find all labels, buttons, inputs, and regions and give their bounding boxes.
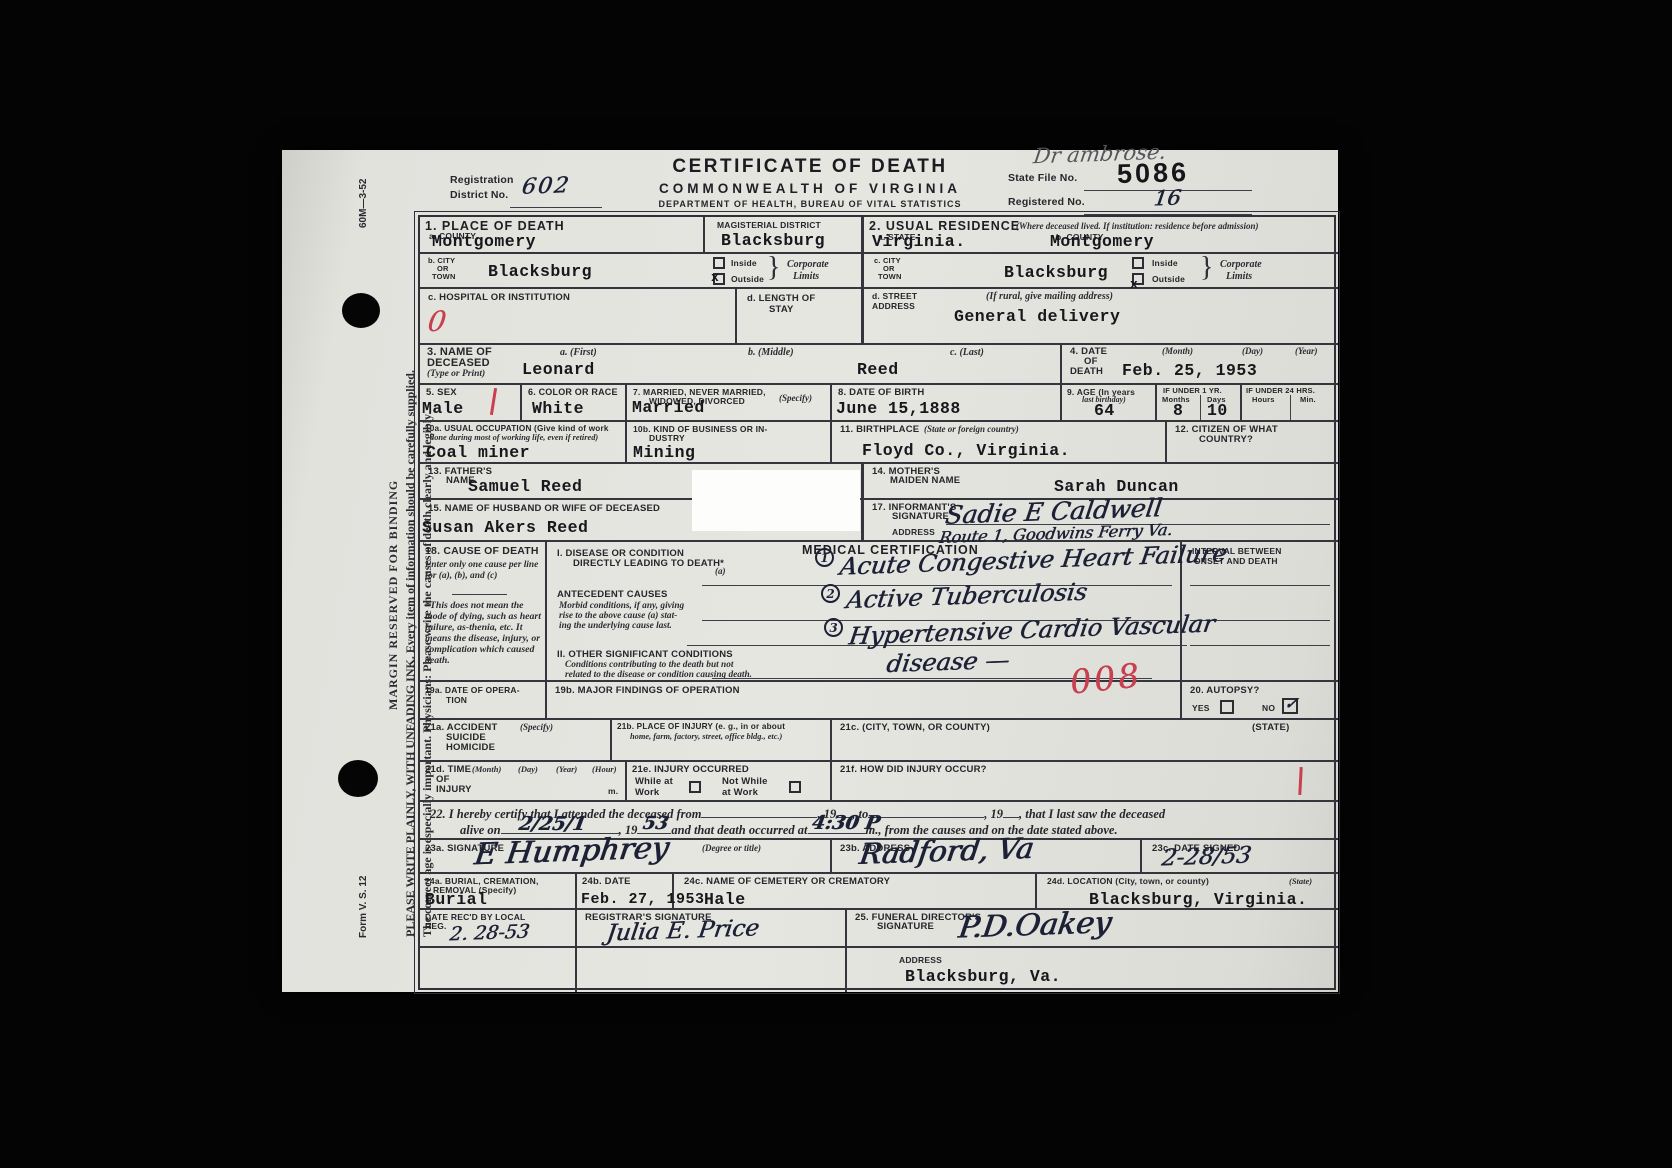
cell-autopsy: 20. AUTOPSY? YES NO ✓ <box>1182 682 1338 718</box>
corporate-label-2: Corporate <box>1220 259 1262 270</box>
print-code: 60M—3-52 <box>358 150 369 228</box>
street-label-1: d. STREET <box>872 291 917 301</box>
cell-how-injury: 21f. HOW DID INJURY OCCUR? <box>832 762 1338 800</box>
cell-magisterial: MAGISTERIAL DISTRICT Blacksburg <box>705 217 864 252</box>
certify-text-3: and that death occurred at <box>671 823 807 837</box>
months-value: 8 <box>1173 401 1183 420</box>
cause-a-label: (a) <box>715 566 726 576</box>
cell-burial-date: 24b. DATE Feb. 27, 1953 <box>577 874 674 908</box>
morbid-text-3: ing the underlying cause last. <box>559 621 672 631</box>
location-value: Blacksburg, Virginia. <box>1089 890 1307 909</box>
dod-label-3: DEATH <box>1070 366 1103 377</box>
accident-note: (Specify) <box>520 722 553 732</box>
blank-time: 4:30 P <box>808 821 866 834</box>
dod-day-label: (Day) <box>1242 346 1263 356</box>
min-label: Min. <box>1300 395 1316 404</box>
outside-label-1: Outside <box>731 274 764 284</box>
time-day-label: (Day) <box>518 764 538 774</box>
cell-birthplace: 11. BIRTHPLACE (State or foreign country… <box>832 422 1167 462</box>
cause-circle-3: 3 <box>824 618 843 637</box>
informant-label-3: ADDRESS <box>892 527 935 537</box>
hours-min-divider <box>1290 395 1291 420</box>
funeral-address-label: ADDRESS <box>899 955 942 965</box>
punch-hole-bottom <box>338 760 378 797</box>
cell-name-of-deceased: 3. NAME OF DECEASED (Type or Print) a. (… <box>420 345 1062 383</box>
cell-usual-residence: 2. USUAL RESIDENCE (Where deceased lived… <box>864 217 1338 252</box>
age-value: 64 <box>1094 401 1115 420</box>
other-conditions-note-1: Conditions contributing to the death but… <box>565 660 733 670</box>
row-medical-certification: 18. CAUSE OF DEATH Enter only one cause … <box>420 542 1338 682</box>
cell-race: 6. COLOR OR RACE White <box>522 385 627 420</box>
occupation-label-1: 10a. USUAL OCCUPATION (Give kind of work <box>425 424 609 433</box>
row-time-of-injury: 21d. TIME (Month) (Day) (Year) (Hour) OF… <box>420 762 1338 802</box>
cell-street-address: d. STREET ADDRESS (If rural, give mailin… <box>864 289 1338 343</box>
cell-city-1: b. CITY OR TOWN Blacksburg <box>420 254 705 287</box>
time-month-label: (Month) <box>472 764 501 774</box>
cell-funeral-address: ADDRESS Blacksburg, Va. <box>847 948 1338 992</box>
cell-funeral-director: 25. FUNERAL DIRECTOR'S SIGNATURE P.D.Oak… <box>847 910 1338 946</box>
operation-date-label-2: TION <box>446 695 467 705</box>
cell-burial: 24a. BURIAL, CREMATION, REMOVAL (Specify… <box>420 874 577 908</box>
city-value-1: Blacksburg <box>488 262 592 281</box>
city2-label-3: TOWN <box>878 272 902 281</box>
interval-rule-1 <box>1190 585 1330 586</box>
district-no-line <box>510 207 602 208</box>
place-of-injury-note: home, farm, factory, street, office bldg… <box>630 732 782 741</box>
other-conditions-label: II. OTHER SIGNIFICANT CONDITIONS <box>557 649 733 660</box>
limits-label-2: Limits <box>1226 271 1252 282</box>
date-recd-value: 2. 28-53 <box>448 921 530 946</box>
cell-date-of-death: 4. DATE OF DEATH (Month) (Day) (Year) Fe… <box>1062 345 1338 383</box>
row-registrar: DATE REC'D BY LOCAL REG. 2. 28-53 REGIST… <box>420 910 1338 948</box>
row-operation-autopsy: 19a. DATE OF OPERA- TION 19b. MAJOR FIND… <box>420 682 1338 720</box>
corporate-label-1: Corporate <box>787 259 829 270</box>
registration-label: Registration <box>450 174 514 186</box>
cell-under-24hrs: IF UNDER 24 HRS. Hours Min. <box>1242 385 1338 420</box>
cell-length-of-stay: d. LENGTH OF STAY <box>737 289 864 343</box>
under-24hrs-label: IF UNDER 24 HRS. <box>1246 386 1315 395</box>
sex-value: Male <box>422 399 464 418</box>
industry-value: Mining <box>633 443 695 462</box>
days-value: 10 <box>1207 401 1228 420</box>
length-label-1: d. LENGTH OF <box>747 293 815 304</box>
funeral-address-value: Blacksburg, Va. <box>905 967 1061 986</box>
funeral-director-label-2: SIGNATURE <box>877 921 934 932</box>
usual-residence-title: 2. USUAL RESIDENCE <box>869 219 1020 233</box>
while-at-label: While at <box>635 776 673 787</box>
margin-instruction-1: PLEASE WRITE PLAINLY, WITH UNFADING INK.… <box>403 322 418 937</box>
dob-label: 8. DATE OF BIRTH <box>838 387 924 398</box>
row-occupation-birthplace: 10a. USUAL OCCUPATION (Give kind of work… <box>420 422 1338 464</box>
at-work-label: at Work <box>722 787 758 798</box>
title-block: CERTIFICATE OF DEATH COMMONWEALTH OF VIR… <box>600 150 1020 209</box>
cemetery-value: Hale <box>704 890 746 909</box>
name-label-2: DECEASED <box>427 357 490 369</box>
state-file-label: State File No. <box>1008 172 1077 184</box>
cell-time-of-injury: 21d. TIME (Month) (Day) (Year) (Hour) OF… <box>420 762 627 800</box>
cause-note-2: *This does not mean the mode of dying, s… <box>425 600 543 666</box>
row-hospital-street: c. HOSPITAL OR INSTITUTION 0 d. LENGTH O… <box>420 289 1338 345</box>
cause-line-4: disease — <box>885 646 1012 678</box>
birthplace-value: Floyd Co., Virginia. <box>862 441 1070 460</box>
dod-value: Feb. 25, 1953 <box>1122 361 1257 380</box>
marital-value: Married <box>632 398 705 417</box>
spouse-value: Susan Akers Reed <box>422 518 588 537</box>
cell-date-of-operation: 19a. DATE OF OPERA- TION <box>420 682 547 718</box>
cell-marital: 7. MARRIED, NEVER MARRIED, WIDOWED, DIVO… <box>627 385 832 420</box>
time-hour-label: (Hour) <box>592 764 617 774</box>
street-label-2: ADDRESS <box>872 301 915 311</box>
physician-address-value: Radford, Va <box>857 831 1036 871</box>
sex-red-mark <box>490 388 497 415</box>
street-value: General delivery <box>954 307 1120 326</box>
cell-registrar-signature: REGISTRAR'S SIGNATURE Julia E. Price <box>577 910 847 946</box>
row-city-town: b. CITY OR TOWN Blacksburg Inside x Outs… <box>420 254 1338 289</box>
physician-signature: E Humphrey <box>472 831 671 873</box>
cell-occupation: 10a. USUAL OCCUPATION (Give kind of work… <box>420 422 627 462</box>
cell-empty-2 <box>577 948 847 992</box>
county-value: Montgomery <box>432 232 536 251</box>
dod-month-label: (Month) <box>1162 346 1193 356</box>
cell-place-of-injury: 21b. PLACE OF INJURY (e. g., in or about… <box>612 720 832 760</box>
cell-disease-condition: MEDICAL CERTIFICATION I. DISEASE OR COND… <box>547 542 1182 680</box>
cell-citizen: 12. CITIZEN OF WHAT COUNTRY? <box>1167 422 1338 462</box>
cause-circle-2: 2 <box>821 584 840 603</box>
magisterial-value: Blacksburg <box>721 231 825 250</box>
row-burial: 24a. BURIAL, CREMATION, REMOVAL (Specify… <box>420 874 1338 910</box>
registered-no-value: 16 <box>1152 186 1182 211</box>
row-father-mother: 13. FATHER'S NAME Samuel Reed 14. MOTHER… <box>420 464 1338 500</box>
location-label: 24d. LOCATION (City, town, or county) <box>1047 876 1209 886</box>
cause-label: 18. CAUSE OF DEATH <box>425 545 539 557</box>
funeral-director-signature: P.D.Oakey <box>956 905 1113 945</box>
occupation-label-2: done during most of working life, even i… <box>430 433 598 442</box>
hospital-label: c. HOSPITAL OR INSTITUTION <box>428 292 570 303</box>
middle-name-label: b. (Middle) <box>748 347 794 358</box>
city-value-2: Blacksburg <box>1004 263 1108 282</box>
hw-alive-date: 2/25/1 <box>517 813 588 835</box>
hw-time: 4:30 P <box>810 812 881 834</box>
margin-binding-text: MARGIN RESERVED FOR BINDING <box>386 438 401 710</box>
cell-place-of-death: 1. PLACE OF DEATH a. COUNTY Montgomery <box>420 217 705 252</box>
place-of-injury-label: 21b. PLACE OF INJURY (e. g., in or about <box>617 722 785 731</box>
cell-accident: 21a. ACCIDENT (Specify) SUICIDE HOMICIDE <box>420 720 612 760</box>
cause-circle-1: 1 <box>815 548 834 567</box>
cause-line-2: Active Tuberculosis <box>844 578 1089 614</box>
interval-rule-3 <box>1190 645 1330 646</box>
birthplace-note: (State or foreign country) <box>924 424 1019 434</box>
cell-under-1yr: IF UNDER 1 YR. Months Days 8 10 <box>1157 385 1242 420</box>
inside-label-1: Inside <box>731 258 757 268</box>
cell-mother: 14. MOTHER'S MAIDEN NAME Sarah Duncan <box>864 464 1338 498</box>
first-name-label: a. (First) <box>560 347 597 358</box>
spouse-label: 15. NAME OF HUSBAND OR WIFE OF DECEASED <box>428 503 660 514</box>
cell-injury-city: 21c. (CITY, TOWN, OR COUNTY) (STATE) <box>832 720 1338 760</box>
cell-informant: 17. INFORMANT'S SIGNATURE ADDRESS Sadie … <box>864 500 1338 540</box>
degree-label: (Degree or title) <box>702 843 761 853</box>
registrar-signature: Julia E. Price <box>605 915 761 946</box>
cell-signature: 23a. SIGNATURE (Degree or title) E Humph… <box>420 840 832 872</box>
autopsy-label: 20. AUTOPSY? <box>1190 685 1259 696</box>
under-1yr-label: IF UNDER 1 YR. <box>1163 386 1222 395</box>
blank-to <box>868 805 984 818</box>
row-physician-signature: 23a. SIGNATURE (Degree or title) E Humph… <box>420 840 1338 874</box>
cell-date-signed: 23c. DATE SIGNED 2-28/53 <box>1142 840 1338 872</box>
magisterial-label: MAGISTERIAL DISTRICT <box>717 220 821 230</box>
cell-cemetery-location: 24d. LOCATION (City, town, or county) (S… <box>1037 874 1338 908</box>
cause-divider <box>452 594 507 595</box>
cell-dob: 8. DATE OF BIRTH June 15,1888 <box>832 385 1062 420</box>
cell-cause-of-death: 18. CAUSE OF DEATH Enter only one cause … <box>420 542 547 680</box>
hours-label: Hours <box>1252 395 1275 404</box>
brace-2: } <box>1200 252 1213 284</box>
time-m-label: m. <box>608 786 618 796</box>
row-name-dod: 3. NAME OF DECEASED (Type or Print) a. (… <box>420 345 1338 385</box>
hospital-red-mark: 0 <box>426 305 449 339</box>
injury-state-label: (STATE) <box>1252 722 1289 733</box>
autopsy-yes-checkbox <box>1220 700 1234 714</box>
months-days-divider <box>1200 395 1201 420</box>
occupation-value: Coal miner <box>426 443 530 462</box>
city-label-3: TOWN <box>432 272 456 281</box>
last-name-value: Reed <box>857 360 899 379</box>
citizen-label-2: COUNTRY? <box>1199 434 1253 445</box>
cell-physician-address: 23b. ADDRESS Radford, Va <box>832 840 1142 872</box>
first-name-value: Leonard <box>522 360 595 379</box>
burial-date-value: Feb. 27, 1953 <box>581 891 705 908</box>
time-injury-label-3: INJURY <box>436 784 472 795</box>
blank-from <box>701 805 817 818</box>
form-number: Form V. S. 12 <box>358 840 369 938</box>
cell-corp-limits-1: Inside x Outside } Corporate Limits <box>705 254 864 287</box>
date-signed-value: 2-28/53 <box>1160 842 1253 871</box>
certificate-title: CERTIFICATE OF DEATH <box>600 156 1020 178</box>
industry-label-2: DUSTRY <box>649 433 685 443</box>
usual-residence-note: (Where deceased lived. If institution: r… <box>1016 221 1258 231</box>
cemetery-label: 24c. NAME OF CEMETERY OR CREMATORY <box>684 876 890 887</box>
cause-note-1: Enter only one cause per line for (a), (… <box>425 560 541 582</box>
while-at-work-checkbox <box>689 781 701 793</box>
registered-no-label: Registered No. <box>1008 196 1085 208</box>
autopsy-no-label: NO <box>1262 703 1275 713</box>
cell-cemetery: 24c. NAME OF CEMETERY OR CREMATORY Hale <box>674 874 1037 908</box>
race-label: 6. COLOR OR RACE <box>528 387 618 397</box>
date-recd-label-2: REG. <box>425 921 447 931</box>
certify-text-2: , that I last saw the deceased <box>1019 807 1165 821</box>
cell-corp-limits-2: Inside x Outside } Corporate Limits <box>1120 254 1338 287</box>
cell-sex: 5. SEX Male <box>420 385 522 420</box>
how-injury-label: 21f. HOW DID INJURY OCCUR? <box>840 764 987 775</box>
dob-value: June 15,1888 <box>836 399 961 418</box>
scanned-death-certificate: 60M—3-52 MARGIN RESERVED FOR BINDING PLE… <box>0 0 1672 1168</box>
district-no-label: District No. <box>450 189 508 201</box>
residence-state-value: Virginia. <box>872 232 966 251</box>
location-state-label: (State) <box>1289 876 1312 886</box>
cell-date-recd: DATE REC'D BY LOCAL REG. 2. 28-53 <box>420 910 577 946</box>
length-label-2: STAY <box>769 304 794 315</box>
injury-occurred-label: 21e. INJURY OCCURRED <box>632 764 749 775</box>
row-place-residence: 1. PLACE OF DEATH a. COUNTY Montgomery M… <box>420 217 1338 254</box>
row-accident: 21a. ACCIDENT (Specify) SUICIDE HOMICIDE… <box>420 720 1338 762</box>
operation-date-label-1: 19a. DATE OF OPERA- <box>425 685 520 695</box>
burial-value: Burial <box>425 890 487 909</box>
morbid-text-1: Morbid conditions, if any, giving <box>559 601 684 611</box>
father-value: Samuel Reed <box>468 477 582 496</box>
cell-empty-1 <box>420 948 577 992</box>
not-while-at-work-checkbox <box>789 781 801 793</box>
race-value: White <box>532 399 584 418</box>
autopsy-yes-label: YES <box>1192 703 1210 713</box>
commonwealth-subtitle: COMMONWEALTH OF VIRGINIA <box>600 181 1020 196</box>
mother-label-2: MAIDEN NAME <box>890 475 960 486</box>
disease-label-2: DIRECTLY LEADING TO DEATH* <box>573 558 724 569</box>
autopsy-no-mark: ✓ <box>1283 694 1300 714</box>
certify-19b: , 19 <box>984 807 1003 821</box>
major-findings-label: 19b. MAJOR FINDINGS OF OPERATION <box>555 685 740 696</box>
limits-label-1: Limits <box>793 271 819 282</box>
burial-date-label: 24b. DATE <box>582 876 631 887</box>
red-code-annotation: 008 <box>1068 655 1144 701</box>
cell-injury-occurred: 21e. INJURY OCCURRED While at Work Not W… <box>627 762 832 800</box>
certificate-form: 1. PLACE OF DEATH a. COUNTY Montgomery M… <box>418 215 1336 990</box>
marital-note: (Specify) <box>779 393 812 403</box>
red-stroke-mark <box>1298 767 1302 795</box>
not-while-label: Not While <box>722 776 768 787</box>
punch-hole-top <box>342 293 380 328</box>
alive-on-label: alive on <box>460 823 501 837</box>
redaction-box <box>692 470 860 531</box>
antecedent-label: ANTECEDENT CAUSES <box>557 589 668 600</box>
injury-city-label: 21c. (CITY, TOWN, OR COUNTY) <box>840 722 990 733</box>
cell-age: 9. AGE (In years last birthday) 64 <box>1062 385 1157 420</box>
birthplace-label: 11. BIRTHPLACE <box>840 424 919 435</box>
row-sex-race-age: 5. SEX Male 6. COLOR OR RACE White 7. MA… <box>420 385 1338 422</box>
street-note: (If rural, give mailing address) <box>986 291 1113 302</box>
row-spouse-informant: 15. NAME OF HUSBAND OR WIFE OF DECEASED … <box>420 500 1338 542</box>
cell-hospital: c. HOSPITAL OR INSTITUTION 0 <box>420 289 737 343</box>
sex-label: 5. SEX <box>426 387 457 398</box>
residence-county-value: Montgomery <box>1050 232 1154 251</box>
last-name-label: c. (Last) <box>950 347 984 358</box>
brace-1: } <box>767 252 780 284</box>
informant-label-2: SIGNATURE <box>892 511 949 522</box>
time-year-label: (Year) <box>556 764 577 774</box>
cell-city-2: c. CITY OR TOWN Blacksburg <box>864 254 1120 287</box>
outside-x-mark-1: x <box>711 270 719 285</box>
blank-19b <box>1003 805 1019 818</box>
certificate-paper: 60M—3-52 MARGIN RESERVED FOR BINDING PLE… <box>282 150 1338 992</box>
district-no-value: 602 <box>520 173 572 200</box>
work-label: Work <box>635 787 659 798</box>
inside-checkbox-1 <box>713 257 725 269</box>
dod-year-label: (Year) <box>1295 346 1318 356</box>
inside-checkbox-2 <box>1132 257 1144 269</box>
morbid-text-2: rise to the above cause (a) stat- <box>559 611 677 621</box>
cell-industry: 10b. KIND OF BUSINESS OR IN- DUSTRY Mini… <box>627 422 832 462</box>
row-funeral-address: ADDRESS Blacksburg, Va. <box>420 948 1338 992</box>
name-label-3: (Type or Print) <box>427 369 485 379</box>
accident-label-3: HOMICIDE <box>446 742 495 753</box>
department-line: DEPARTMENT OF HEALTH, BUREAU OF VITAL ST… <box>600 199 1020 209</box>
outside-label-2: Outside <box>1152 274 1185 284</box>
inside-label-2: Inside <box>1152 258 1178 268</box>
